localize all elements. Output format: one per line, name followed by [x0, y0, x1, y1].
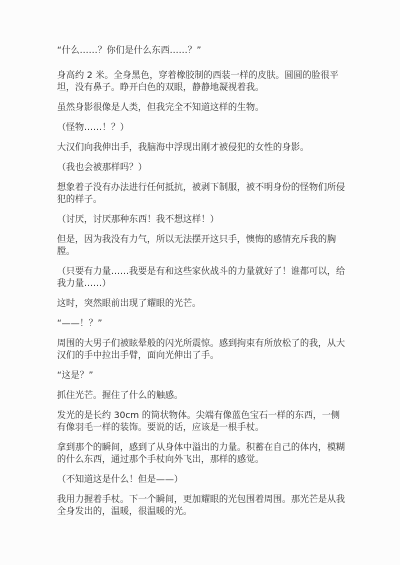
novel-page: “什么……？你们是什么东西……？”身高约 2 米。全身黑色，穿着橡胶制的西装一样…: [0, 0, 400, 565]
paragraph: “——！？”: [57, 318, 348, 330]
paragraph: （只要有力量……我要是有和这些家伙战斗的力量就好了！谁都可以，给我力量……）: [57, 266, 348, 290]
paragraph: （我也会被那样吗？）: [57, 162, 348, 174]
paragraph: “这是？”: [57, 370, 348, 382]
paragraph: 虽然身影很像是人类，但我完全不知道这样的生物。: [57, 102, 348, 114]
novel-text-content: “什么……？你们是什么东西……？”身高约 2 米。全身黑色，穿着橡胶制的西装一样…: [57, 45, 348, 526]
paragraph: 发光的是长约 30cm 的筒状物体。尖端有像蓝色宝石一样的东西，一侧有像羽毛一样…: [57, 410, 348, 434]
paragraph: 抓住光芒。握住了什么的触感。: [57, 390, 348, 402]
paragraph: （怪物……！？）: [57, 122, 348, 134]
paragraph: 周围的大男子们被眩晕般的闪光所震惊。感到拘束有所放松了的我，从大汉们的手中拉出手…: [57, 338, 348, 362]
paragraph: 这时，突然眼前出现了耀眼的光芒。: [57, 298, 348, 310]
paragraph: 但是，因为我没有力气，所以无法摆开这只手，懊悔的感情充斥我的胸膛。: [57, 234, 348, 258]
paragraph: 我用力握着手杖。下一个瞬间，更加耀眼的光包围着周围。那光芒是从我全身发出的，温暖…: [57, 494, 348, 518]
paragraph: 拿到那个的瞬间，感到了从身体中溢出的力量。积蓄在自己的体内，模糊的什么东西，通过…: [57, 442, 348, 466]
paragraph: “什么……？你们是什么东西……？”: [57, 45, 348, 57]
paragraph: 身高约 2 米。全身黑色，穿着橡胶制的西装一样的皮肤。圆圆的脸很平坦，没有鼻子。…: [57, 70, 348, 94]
paragraph: （讨厌，讨厌那种东西！我不想这样！）: [57, 214, 348, 226]
paragraph: 大汉们向我伸出手，我脑海中浮现出刚才被侵犯的女性的身影。: [57, 142, 348, 154]
paragraph: （不知道这是什么！但是——）: [57, 474, 348, 486]
paragraph: 想象着子没有办法进行任何抵抗，被剥下制服，被不明身份的怪物们所侵犯的样子。: [57, 182, 348, 206]
